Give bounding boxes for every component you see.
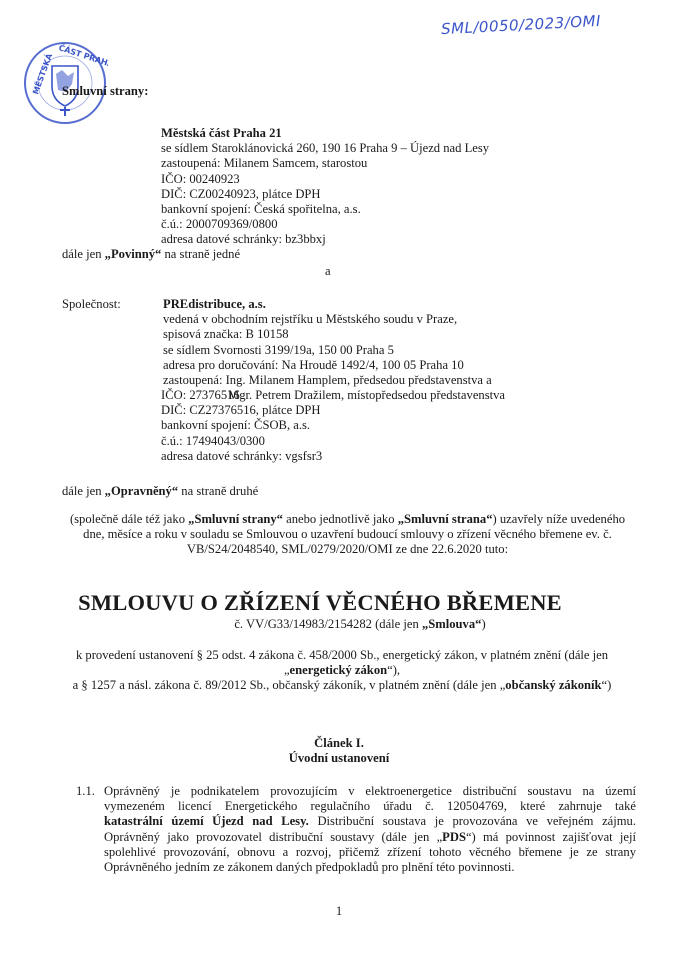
bold-text: katastrální území Újezd nad Lesy.	[104, 814, 309, 828]
designation-term: „Povinný“	[105, 247, 162, 261]
defined-term: „Smluvní strana“	[398, 512, 493, 526]
text: Oprávněný jako provozovatel distribuční …	[104, 830, 442, 844]
party2-line: spisová značka: B 10158	[163, 327, 505, 342]
paragraph-line: Oprávněného jedním ze zákonem daných pře…	[104, 860, 636, 875]
party1-line: bankovní spojení: Česká spořitelna, a.s.	[161, 202, 489, 217]
paragraph-number: 1.1.	[76, 784, 95, 799]
party1-line: adresa datové schránky: bz3bbxj	[161, 232, 489, 247]
paragraph-line: spolehlivé provozování, obnovu a rozvoj,…	[104, 845, 636, 860]
party1-line: se sídlem Staroklánovická 260, 190 16 Pr…	[161, 141, 489, 156]
paragraph-line: Oprávněný jako provozovatel distribuční …	[104, 830, 636, 845]
official-stamp-icon: MĚSTSKÁ ČÁST PRAHA	[22, 40, 108, 126]
paragraph-line: vymezeném licencí Energetického regulačn…	[104, 799, 636, 814]
party2-line: vedená v obchodním rejstříku u Městského…	[163, 312, 505, 327]
party2-block-ids: IČO: 27376516 DIČ: CZ27376516, plátce DP…	[161, 388, 322, 464]
party1-block: Městská část Praha 21 se sídlem Staroklá…	[161, 126, 489, 248]
party2-line: adresa datové schránky: vgsfsr3	[161, 449, 322, 464]
defined-term: „Smlouva“	[422, 617, 481, 631]
text: “) má povinnost zajišťovat její	[466, 830, 636, 844]
parties-collective-paragraph: (společně dále též jako „Smluvní strany“…	[60, 512, 635, 558]
party2-line: bankovní spojení: ČSOB, a.s.	[161, 418, 322, 433]
party2-line: DIČ: CZ27376516, plátce DPH	[161, 403, 322, 418]
contract-number: č. VV/G33/14983/2154282 (dále jen „Smlou…	[60, 617, 660, 632]
party1-line: zastoupená: Milanem Samcem, starostou	[161, 156, 489, 171]
document-title: SMLOUVU O ZŘÍZENÍ VĚCNÉHO BŘEMENE	[60, 590, 580, 616]
party2-line: č.ú.: 17494043/0300	[161, 434, 322, 449]
text: (společně dále též jako	[70, 512, 188, 526]
page-number: 1	[0, 904, 678, 919]
defined-term: „Smluvní strany“	[188, 512, 283, 526]
party1-line: č.ú.: 2000709369/0800	[161, 217, 489, 232]
handwritten-reference: SML/0050/2023/OMI	[441, 14, 602, 38]
text: anebo jednotlivě jako	[283, 512, 398, 526]
text: na straně jedné	[161, 247, 240, 261]
defined-term: PDS	[442, 830, 466, 844]
text: dále jen	[62, 247, 105, 261]
party1-line: IČO: 00240923	[161, 172, 489, 187]
designation-term: „Opravněný“	[105, 484, 178, 498]
text: Distribuční soustava je provozována ve v…	[309, 814, 636, 828]
text: “)	[602, 678, 612, 692]
text: “),	[387, 663, 400, 677]
paragraph-line: Oprávněný je podnikatelem provozujícím v…	[104, 784, 636, 799]
paragraph-line: katastrální území Újezd nad Lesy. Distri…	[104, 814, 636, 829]
paragraph-1-1: Oprávněný je podnikatelem provozujícím v…	[104, 784, 636, 875]
party2-label: Společnost:	[62, 297, 121, 312]
text: č. VV/G33/14983/2154282 (dále jen	[234, 617, 422, 631]
defined-term: občanský zákoník	[505, 678, 601, 692]
party1-line: DIČ: CZ00240923, plátce DPH	[161, 187, 489, 202]
party2-line: adresa pro doručování: Na Hroudě 1492/4,…	[163, 358, 505, 373]
party1-designation: dále jen „Povinný“ na straně jedné	[62, 247, 240, 262]
party1-name: Městská část Praha 21	[161, 126, 489, 141]
article-title: Úvodní ustanovení	[0, 751, 678, 766]
parties-heading: Smluvní strany:	[62, 84, 148, 99]
party2-line: zastoupená: Ing. Milanem Hamplem, předse…	[163, 373, 505, 388]
text: )	[481, 617, 485, 631]
text: a § 1257 a násl. zákona č. 89/2012 Sb., …	[73, 678, 506, 692]
party2-name: PREdistribuce, a.s.	[163, 297, 505, 312]
conjunction: a	[325, 264, 331, 279]
party2-designation: dále jen „Opravněný“ na straně druhé	[62, 484, 258, 499]
legal-basis: k provedení ustanovení § 25 odst. 4 záko…	[62, 648, 622, 694]
article-number: Článek I.	[0, 736, 678, 751]
defined-term: energetický zákon	[290, 663, 388, 677]
party2-line: se sídlem Svornosti 3199/19a, 150 00 Pra…	[163, 343, 505, 358]
text: dále jen	[62, 484, 105, 498]
text: na straně druhé	[178, 484, 258, 498]
party2-line: IČO: 27376516	[161, 388, 322, 403]
